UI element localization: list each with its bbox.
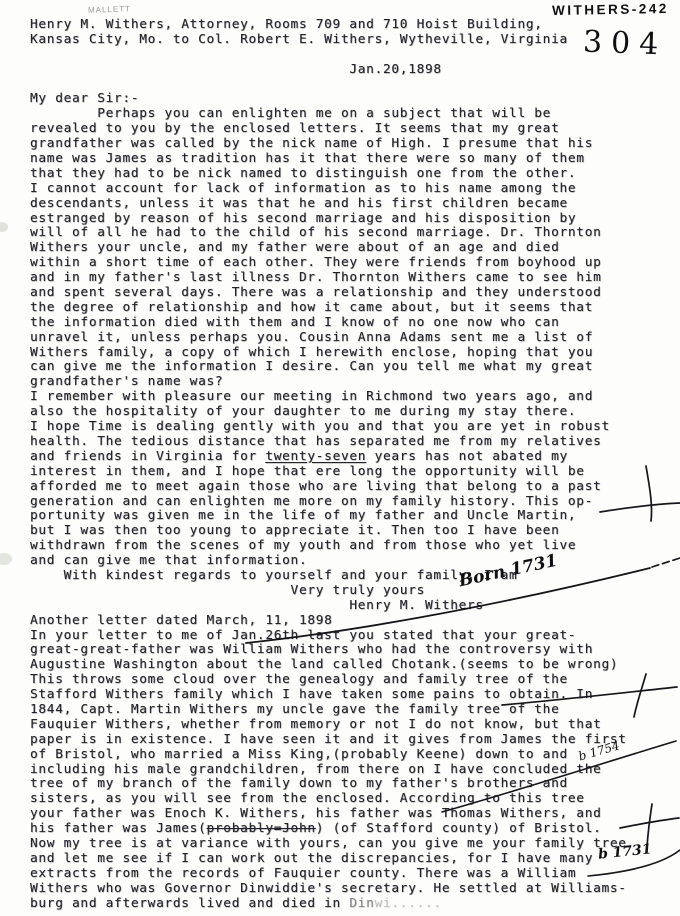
text-line: portunity was given me in the life of my… <box>30 509 627 524</box>
text-line: descendants, unless it was that he and h… <box>30 197 627 212</box>
text-line: can give me the information I desire. Ca… <box>30 360 627 375</box>
text-line: the information died with them and I kno… <box>30 316 627 331</box>
text-line: burg and afterwards lived and died in Di… <box>30 897 627 912</box>
text-line: revealed to you by the enclosed letters.… <box>30 122 627 137</box>
text-line: Stafford Withers family which I have tak… <box>30 688 627 703</box>
text-line: sisters, as you will see from the enclos… <box>30 792 627 807</box>
text-line: I remember with pleasure our meeting in … <box>30 390 627 405</box>
text-line: I cannot account for lack of information… <box>30 182 627 197</box>
text-line: paper is in existence. I have seen it an… <box>30 733 627 748</box>
pencil-annotation: MALLETT <box>88 4 131 14</box>
diagonal-strike-line-dashes <box>652 558 680 567</box>
text-line: I hope Time is dealing gently with you a… <box>30 420 627 435</box>
text-line: that they had to be nick named to distin… <box>30 167 627 182</box>
text-line: within a short time of each other. They … <box>30 256 627 271</box>
text-line: Jan.20,1898 <box>30 63 627 78</box>
header-code-annotation: WITHERS-242 <box>552 1 669 18</box>
text-segment: his father was James( <box>30 821 207 836</box>
text-line <box>30 48 627 63</box>
text-line: including his male grandchildren, from t… <box>30 763 627 778</box>
text-line: health. The tedious distance that has se… <box>30 435 627 450</box>
text-segment: Din <box>349 896 374 911</box>
text-segment: wi...... <box>375 896 442 911</box>
margin-cross-2-stroke <box>634 674 646 717</box>
text-segment: twenty-seven <box>265 449 366 464</box>
text-line: Withers your uncle, and my father were a… <box>30 241 627 256</box>
text-line: name was James as tradition has it that … <box>30 152 627 167</box>
text-line: Very truly yours <box>30 584 627 599</box>
text-line: Fauquier Withers, whether from memory or… <box>30 718 627 733</box>
text-line <box>30 78 627 93</box>
text-line: and friends in Virginia for twenty-seven… <box>30 450 627 465</box>
text-line: Kansas City, Mo. to Col. Robert E. Withe… <box>30 33 627 48</box>
text-line: and in my father's last illness Dr. Thor… <box>30 271 627 286</box>
text-line: will of all he had to the child of his s… <box>30 226 627 241</box>
text-line: generation and can enlighten me more on … <box>30 495 627 510</box>
text-line: but I was then too young to appreciate i… <box>30 524 627 539</box>
text-line: Perhaps you can enlighten me on a subjec… <box>30 107 627 122</box>
text-line: Henry M. Withers, Attorney, Rooms 709 an… <box>30 18 627 33</box>
text-line: interest in them, and I hope that ere lo… <box>30 465 627 480</box>
text-line: grandfather's name was? <box>30 375 627 390</box>
text-line: the degree of relationship and how it ca… <box>30 301 627 316</box>
text-line: his father was James(probably=John) (of … <box>30 822 627 837</box>
text-line: withdrawn from the scenes of my youth an… <box>30 539 627 554</box>
text-line: My dear Sir:- <box>30 92 627 107</box>
text-line: Augustine Washington about the land call… <box>30 658 627 673</box>
text-line: estranged by reason of his second marria… <box>30 212 627 227</box>
text-line: In your letter to me of Jan.26th last yo… <box>30 629 627 644</box>
text-line: your father was Enoch K. Withers, his fa… <box>30 807 627 822</box>
margin-cross-1-stroke <box>646 466 652 521</box>
text-line: 1844, Capt. Martin Withers my uncle gave… <box>30 703 627 718</box>
text-line: of Bristol, who married a Miss King,(pro… <box>30 748 627 763</box>
text-line: unravel it, unless perhaps you. Cousin A… <box>30 331 627 346</box>
text-line: also the hospitality of your daughter to… <box>30 405 627 420</box>
text-line: and spent several days. There was a rela… <box>30 286 627 301</box>
text-line: Withers family, a copy of which I herewi… <box>30 346 627 361</box>
scan-smudge <box>0 222 8 232</box>
text-line: Another letter dated March, 11, 1898 <box>30 614 627 629</box>
text-segment: burg and afterwards lived and died in <box>30 896 349 911</box>
margin-cross-3-bar <box>620 818 679 828</box>
text-line: afforded me to meet again those who are … <box>30 480 627 495</box>
text-line: and let me see if I can work out the dis… <box>30 852 627 867</box>
text-line: This throws some cloud over the genealog… <box>30 673 627 688</box>
text-line: Now my tree is at variance with yours, c… <box>30 837 627 852</box>
text-line: great-great-father was William Withers w… <box>30 643 627 658</box>
scanned-letter-page: MALLETT WITHERS-242 304 Henry M. Withers… <box>0 0 680 916</box>
letter-body-text: Henry M. Withers, Attorney, Rooms 709 an… <box>30 18 627 911</box>
scan-smudge <box>0 553 12 565</box>
text-line: tree of my branch of the family down to … <box>30 777 627 792</box>
text-segment: years has not abated my <box>366 449 568 464</box>
text-segment: and friends in Virginia for <box>30 449 265 464</box>
text-segment: probably=John <box>207 821 316 836</box>
text-line: Withers who was Governor Dinwiddie's sec… <box>30 882 627 897</box>
text-line: Henry M. Withers <box>30 599 627 614</box>
text-segment: ) (of Stafford county) of Bristol. <box>316 821 602 836</box>
text-line: extracts from the records of Fauquier co… <box>30 867 627 882</box>
text-line: grandfather was called by the nick name … <box>30 137 627 152</box>
